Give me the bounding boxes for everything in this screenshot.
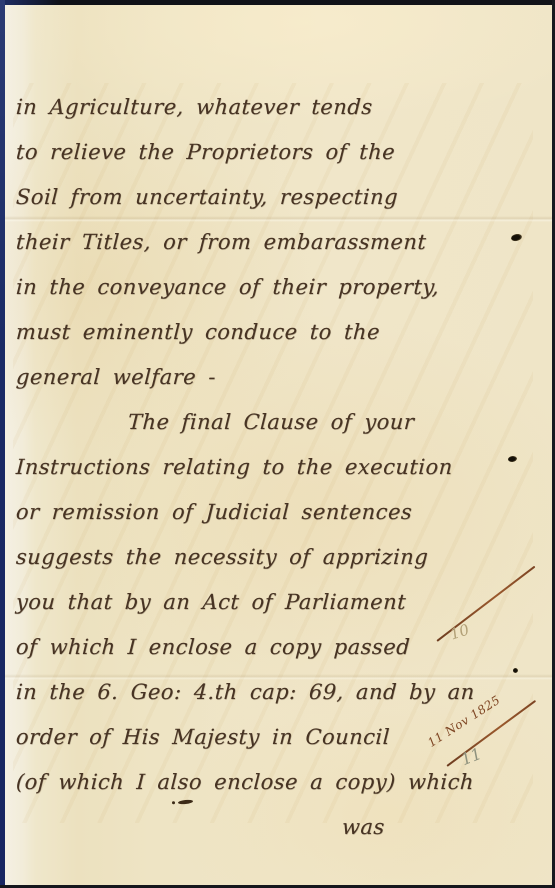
- manuscript-line: must eminently conduce to the: [15, 310, 549, 355]
- manuscript-line: The final Clause of your: [15, 400, 549, 445]
- manuscript-text: in Agriculture, whatever tends to reliev…: [16, 85, 548, 850]
- manuscript-line: to relieve the Proprietors of the: [15, 130, 549, 175]
- binding-edge-left: [0, 0, 5, 888]
- paper-hole-speck-3: [513, 668, 518, 673]
- manuscript-line: general welfare -: [15, 355, 549, 400]
- manuscript-line: or remission of Judicial sentences: [15, 490, 549, 535]
- manuscript-line: their Titles, or from embarassment: [15, 220, 549, 265]
- manuscript-line: Soil from uncertainty, respecting: [15, 175, 549, 220]
- manuscript-line: in the conveyance of their property,: [15, 265, 549, 310]
- manuscript-line: Instructions relating to the execution: [15, 445, 549, 490]
- manuscript-line: you that by an Act of Parliament: [15, 580, 549, 625]
- manuscript-line-catchword: was: [15, 805, 549, 850]
- scan-edge-top: [0, 0, 555, 5]
- manuscript-line: in Agriculture, whatever tends: [15, 85, 549, 130]
- scanned-manuscript-page: in Agriculture, whatever tends to reliev…: [0, 0, 555, 888]
- manuscript-line: suggests the necessity of apprizing: [15, 535, 549, 580]
